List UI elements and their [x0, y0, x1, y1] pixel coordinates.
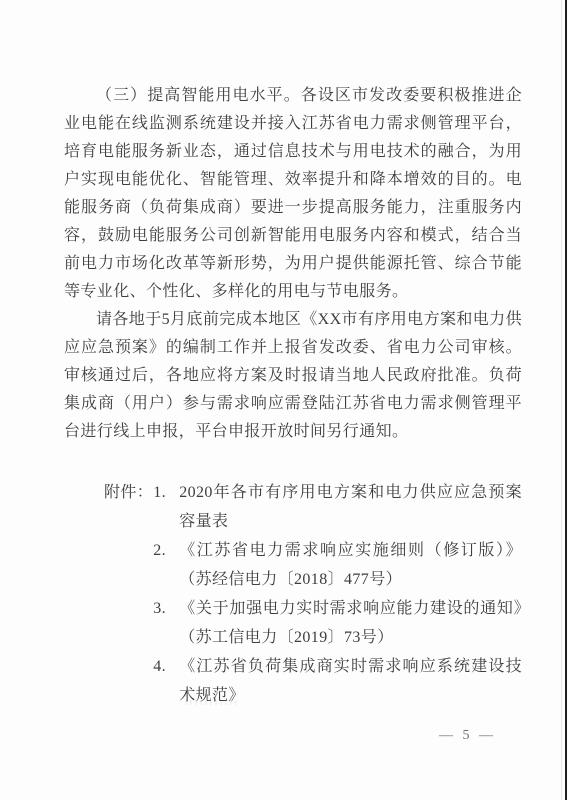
attachment-item-2: 2. 《江苏省电力需求响应实施细则（修订版）》（苏经信电力〔2018〕477号）: [153, 536, 522, 594]
attachment-item-text: 2020年各市有序用电方案和电力供应应急预案容量表: [179, 478, 522, 536]
paragraph-smart-power-usage: （三）提高智能用电水平。各设区市发改委要积极推进企业电能在线监测系统建设并接入江…: [64, 82, 522, 306]
scan-edge-line: [565, 0, 567, 800]
attachment-item-1: 1. 2020年各市有序用电方案和电力供应应急预案容量表: [153, 478, 522, 536]
attachment-item-number: 2.: [153, 536, 179, 565]
attachment-item-number: 1.: [153, 478, 179, 507]
attachment-item-text: 《关于加强电力实时需求响应能力建设的通知》（苏工信电力〔2019〕73号）: [179, 594, 522, 652]
attachment-item-number: 4.: [153, 652, 179, 681]
attachment-item-number: 3.: [153, 594, 179, 623]
paragraph-plan-submission: 请各地于5月底前完成本地区《XX市有序用电方案和电力供应应急预案》的编制工作并上…: [64, 306, 522, 446]
attachment-list: 1. 2020年各市有序用电方案和电力供应应急预案容量表 2. 《江苏省电力需求…: [153, 478, 522, 710]
attachment-item-4: 4. 《江苏省负荷集成商实时需求响应系统建设技术规范》: [153, 652, 522, 710]
document-body: （三）提高智能用电水平。各设区市发改委要积极推进企业电能在线监测系统建设并接入江…: [64, 82, 522, 710]
attachment-section: 附件： 1. 2020年各市有序用电方案和电力供应应急预案容量表 2. 《江苏省…: [104, 478, 522, 710]
scan-edge-shadow: [561, 0, 562, 800]
attachment-item-3: 3. 《关于加强电力实时需求响应能力建设的通知》（苏工信电力〔2019〕73号）: [153, 594, 522, 652]
attachment-item-text: 《江苏省电力需求响应实施细则（修订版）》（苏经信电力〔2018〕477号）: [179, 536, 522, 594]
attachment-label: 附件：: [104, 478, 153, 507]
document-page: （三）提高智能用电水平。各设区市发改委要积极推进企业电能在线监测系统建设并接入江…: [0, 0, 568, 800]
attachment-item-text: 《江苏省负荷集成商实时需求响应系统建设技术规范》: [179, 652, 522, 710]
page-number: — 5 —: [439, 726, 496, 746]
